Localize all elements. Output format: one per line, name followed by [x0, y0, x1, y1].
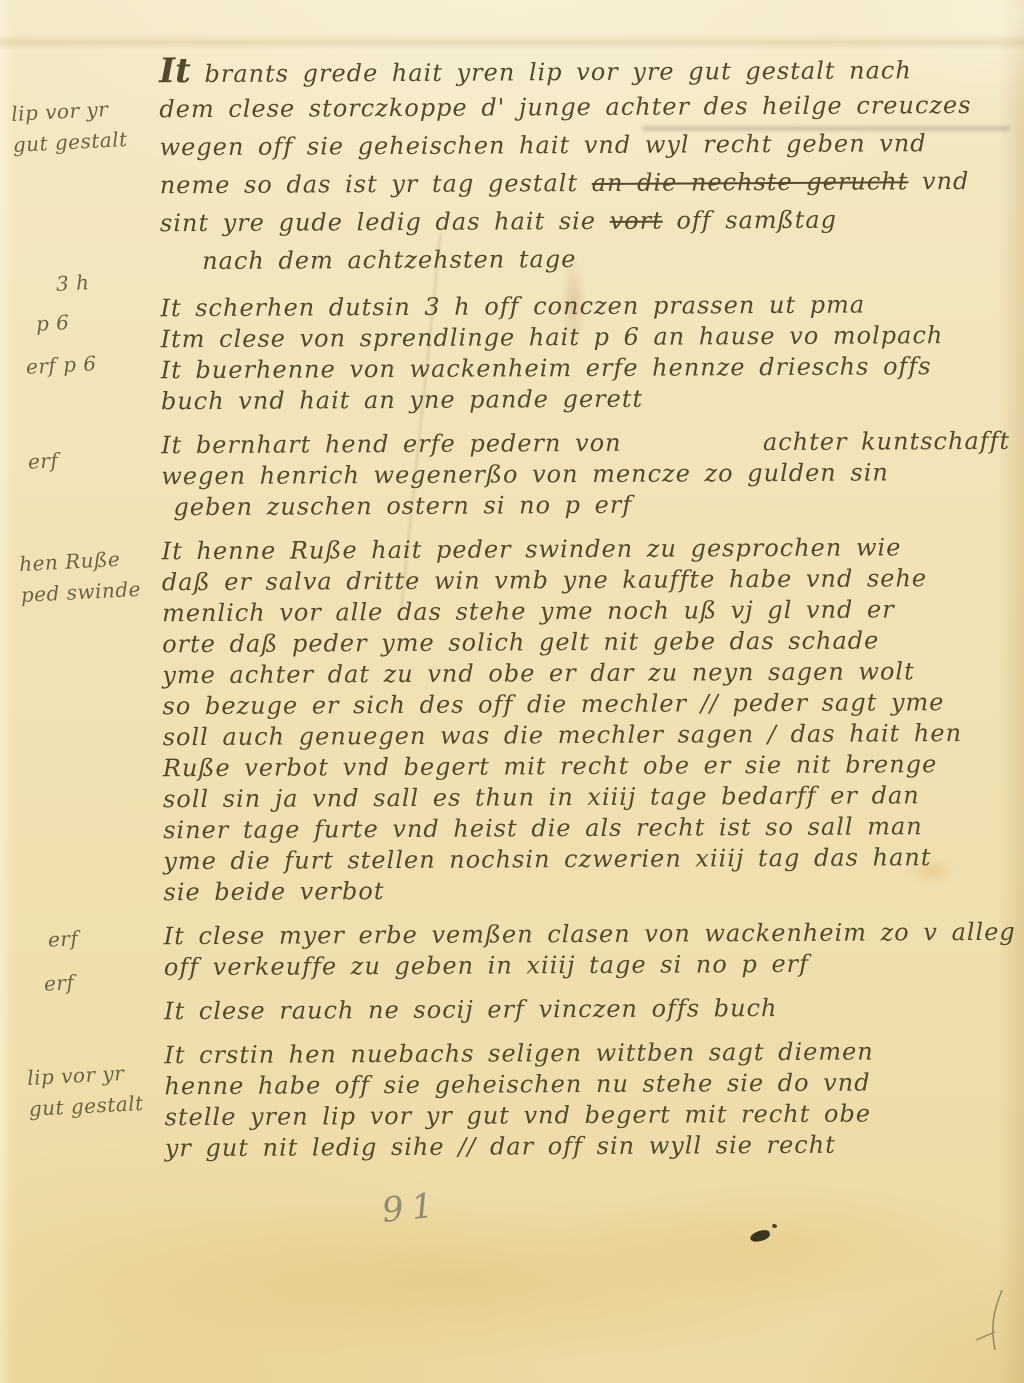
margin-note-line: gut gestalt — [28, 1088, 144, 1125]
text-line: It scherhen dutsin 3 h off conczen prass… — [160, 289, 1015, 324]
text-line: Itm clese von sprendlinge hait p 6 an ha… — [161, 320, 1016, 355]
margin-note: erf — [27, 445, 59, 478]
hair-mark — [972, 1288, 1016, 1358]
margin-note: erf — [47, 923, 79, 956]
margin-note-line: erf — [43, 967, 75, 1000]
text-line: buch vnd hait an yne pande gerett — [161, 382, 1016, 417]
margin-note: lip vor yr gut gestalt — [26, 1057, 144, 1125]
margin-note: p 6 — [35, 307, 70, 340]
text-line: soll sin ja vnd sall es thun in xiiij ta… — [163, 780, 1018, 815]
margin-note-line: erf — [47, 923, 79, 956]
strikethrough-text: an die nechste gerucht — [592, 167, 909, 197]
text-line: nach dem achtzehsten tage — [160, 238, 1015, 280]
text-line: henne habe off sie geheischen nu stehe s… — [164, 1067, 1019, 1102]
strikethrough-text: vort — [610, 207, 663, 235]
text-line: daß er salva dritte win vmb yne kauffte … — [162, 563, 1017, 598]
text-segment: sint yre gude ledig das hait sie — [160, 207, 610, 237]
text-line: yr gut nit ledig sihe // dar off sin wyl… — [165, 1129, 1020, 1164]
text-segment: brants grede hait yren lip vor yre gut g… — [191, 56, 912, 88]
text-line: dem clese storczkoppe d' junge achter de… — [159, 86, 1014, 128]
initial-capital: It — [159, 51, 191, 91]
text-line: It clese myer erbe vemßen clasen von wac… — [164, 917, 1019, 952]
margin-note-line: gut gestalt — [12, 124, 128, 161]
text-line: so bezuge er sich des off die mechler //… — [162, 687, 1017, 722]
text-segment: neme so das ist yr tag gestalt — [160, 169, 592, 199]
text-line: sie beide verbot — [163, 873, 1018, 908]
margin-note: 3 h — [55, 267, 90, 300]
text-line: soll auch genuegen was die mechler sagen… — [163, 718, 1018, 753]
text-line: Ruße verbot vnd begert mit recht obe er … — [163, 749, 1018, 784]
text-segment: vnd — [908, 167, 969, 195]
text-line: It clese rauch ne socij erf vinczen offs… — [164, 992, 1019, 1027]
text-line: It henne Ruße hait peder swinden zu gesp… — [162, 532, 1017, 567]
text-line: orte daß peder yme solich gelt nit gebe … — [162, 625, 1017, 660]
text-segment: achter kuntschafft — [763, 426, 1010, 458]
margin-note-line: p 6 — [35, 307, 70, 340]
margin-note-line: erf — [27, 445, 59, 478]
text-line: It crstin hen nuebachs seligen wittben s… — [164, 1036, 1019, 1071]
margin-note-line: 3 h — [55, 267, 90, 300]
text-line: It bernhart hend erfe pedern vonachter k… — [161, 426, 1016, 461]
text-segment: off samßtag — [663, 206, 837, 235]
text-line: geben zuschen ostern si no p erf — [161, 488, 1016, 523]
text-segment: It bernhart hend erfe pedern von — [161, 428, 622, 461]
margin-note-line: ped swinde — [20, 574, 142, 611]
text-line: sint yre gude ledig das hait sie vort of… — [160, 200, 1015, 242]
text-line: menlich vor alle das stehe yme noch uß v… — [162, 594, 1017, 629]
text-line: yme die furt stellen nochsin czwerien xi… — [163, 842, 1018, 877]
margin-note: erf — [43, 967, 75, 1000]
text-line: stelle yren lip vor yr gut vnd begert mi… — [165, 1098, 1020, 1133]
margin-note: lip vor yr gut gestalt — [10, 93, 128, 161]
text-line: wegen henrich wegenerßo von mencze zo gu… — [161, 457, 1016, 492]
text-line: off verkeuffe zu geben in xiiij tage si … — [164, 948, 1019, 983]
margin-note: erf p 6 — [25, 348, 97, 383]
margin-note-line: erf p 6 — [25, 348, 97, 383]
text-line: It buerhenne von wackenheim erfe hennze … — [161, 351, 1016, 386]
text-line: wegen off sie geheischen hait vnd wyl re… — [159, 124, 1014, 166]
text-line: It brants grede hait yren lip vor yre gu… — [159, 48, 1014, 90]
text-line: yme achter dat zu vnd obe er dar zu neyn… — [162, 656, 1017, 691]
body-text: It brants grede hait yren lip vor yre gu… — [159, 48, 1020, 1164]
folio-number: 91 — [380, 1185, 443, 1231]
text-line: neme so das ist yr tag gestalt an die ne… — [160, 162, 1015, 204]
margin-note: hen Ruße ped swinde — [18, 543, 141, 611]
text-line: siner tage furte vnd heist die als recht… — [163, 811, 1018, 846]
